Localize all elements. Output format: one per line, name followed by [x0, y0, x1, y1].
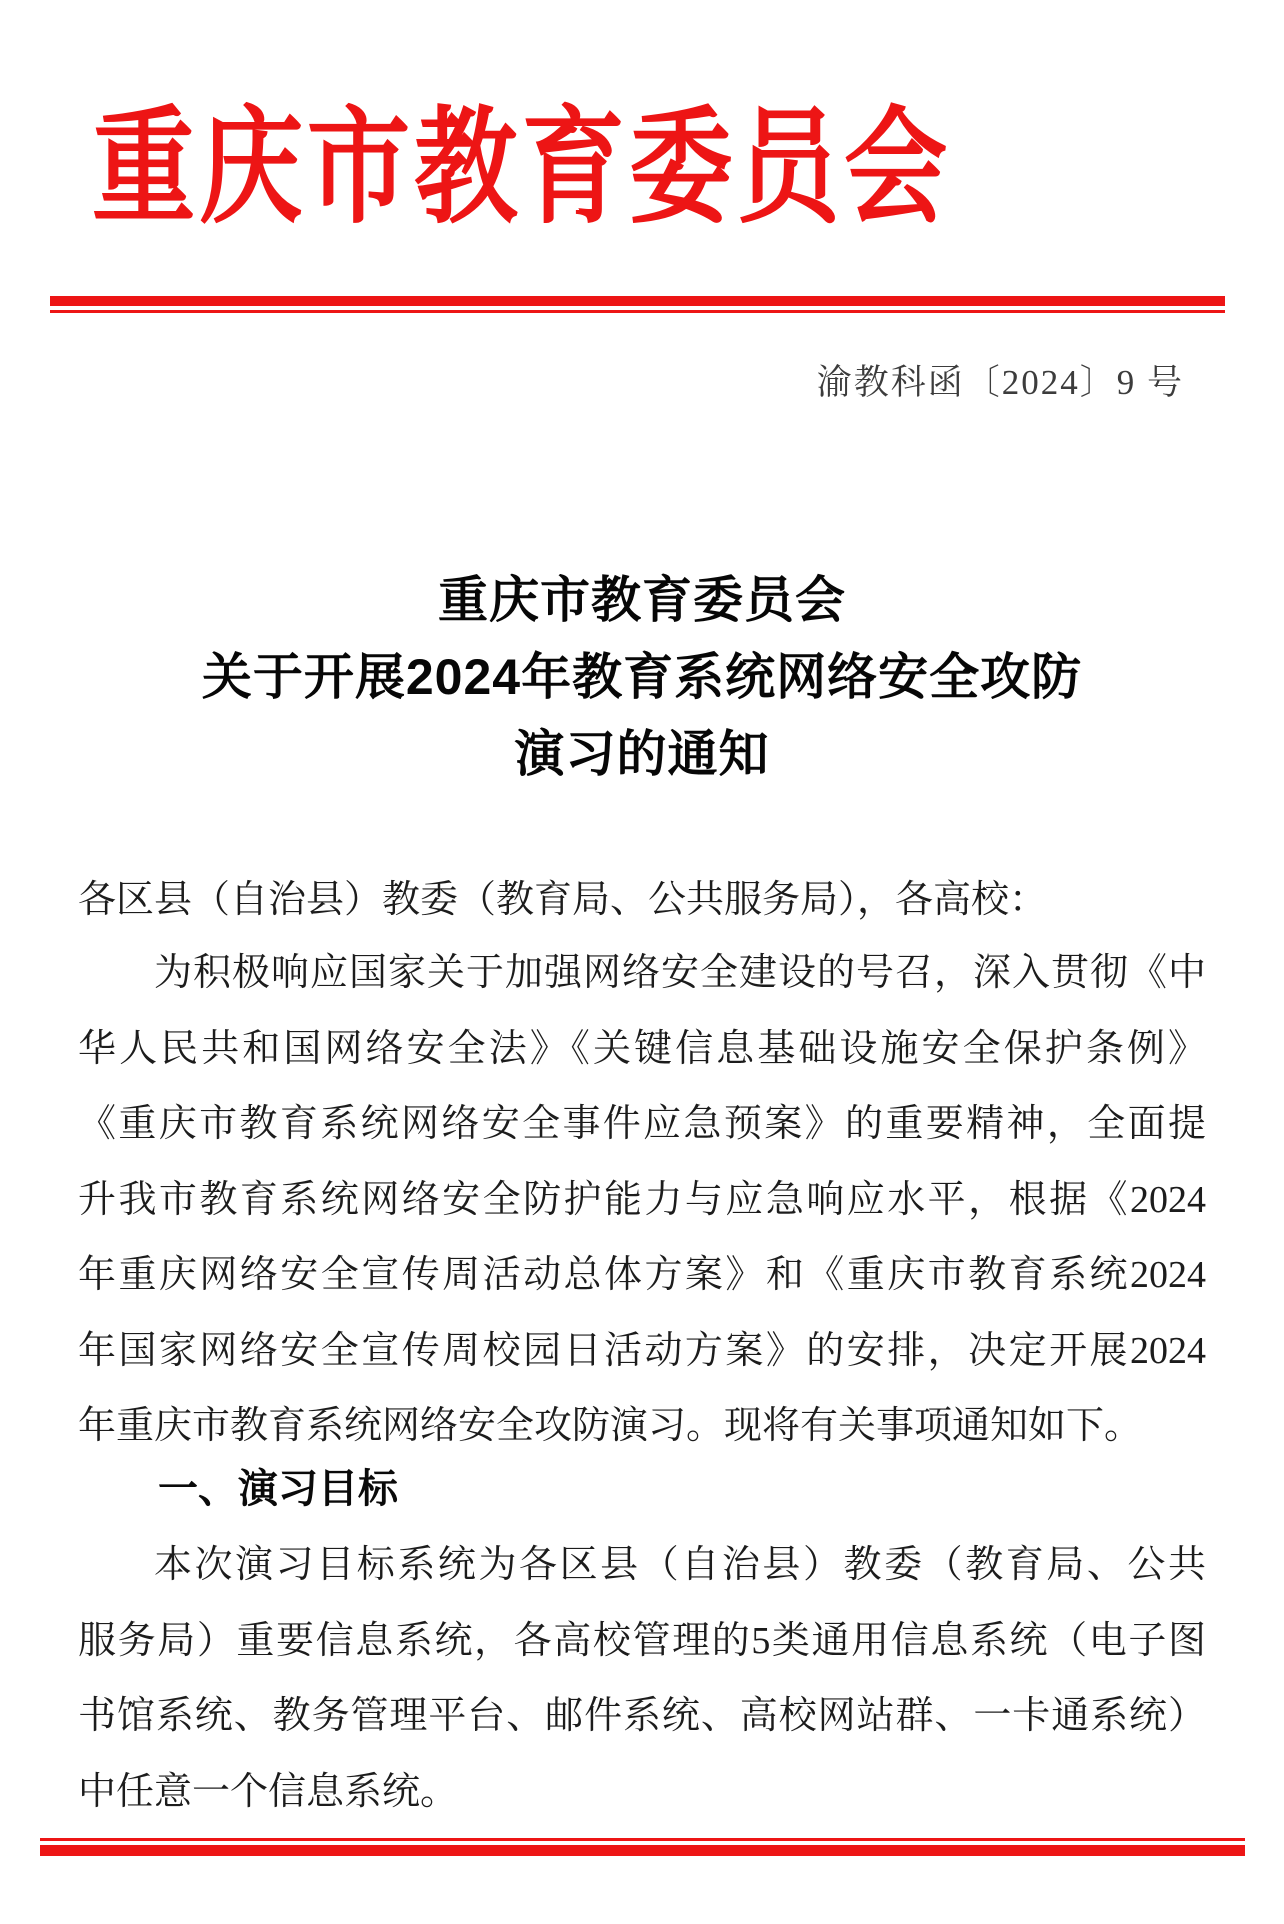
- document-title-line-1: 重庆市教育委员会: [0, 562, 1284, 639]
- body-text-line: 《重庆市教育系统网络安全事件应急预案》的重要精神，全面提: [78, 1087, 1206, 1163]
- body-text-line: 为积极响应国家关于加强网络安全建设的号召，深入贯彻《中: [78, 936, 1206, 1012]
- footer-rule-thin: [40, 1838, 1245, 1841]
- document-title-line-2: 关于开展2024年教育系统网络安全攻防: [0, 639, 1284, 716]
- body-text-line: 年国家网络安全宣传周校园日活动方案》的安排，决定开展2024: [78, 1314, 1206, 1390]
- document-title: 重庆市教育委员会 关于开展2024年教育系统网络安全攻防 演习的通知: [0, 562, 1284, 793]
- body-text-line: 服务局）重要信息系统，各高校管理的5类通用信息系统（电子图: [78, 1604, 1206, 1680]
- section-heading-1: 一、演习目标: [78, 1452, 1206, 1527]
- body-text-line: 本次演习目标系统为各区县（自治县）教委（教育局、公共: [78, 1528, 1206, 1604]
- body-paragraph-2: 本次演习目标系统为各区县（自治县）教委（教育局、公共服务局）重要信息系统，各高校…: [78, 1528, 1206, 1830]
- body-paragraph-1: 为积极响应国家关于加强网络安全建设的号召，深入贯彻《中华人民共和国网络安全法》《…: [78, 936, 1206, 1465]
- salutation-line: 各区县（自治县）教委（教育局、公共服务局），各高校：: [78, 870, 1208, 930]
- document-number: 渝教科函〔2024〕9 号: [817, 358, 1184, 408]
- official-document-page: 重庆市教育委员会 渝教科函〔2024〕9 号 重庆市教育委员会 关于开展2024…: [0, 0, 1284, 1924]
- body-text-line: 中任意一个信息系统。: [78, 1755, 1206, 1831]
- letterhead-rule-thin: [50, 310, 1225, 313]
- body-text-line: 书馆系统、教务管理平台、邮件系统、高校网站群、一卡通系统）: [78, 1679, 1206, 1755]
- body-text-line: 年重庆网络安全宣传周活动总体方案》和《重庆市教育系统2024: [78, 1238, 1206, 1314]
- body-text-line: 升我市教育系统网络安全防护能力与应急响应水平，根据《2024: [78, 1163, 1206, 1239]
- footer-rule-thick: [40, 1845, 1245, 1856]
- body-text-line: 华人民共和国网络安全法》《关键信息基础设施安全保护条例》: [78, 1012, 1206, 1088]
- document-title-line-3: 演习的通知: [0, 716, 1284, 793]
- letterhead-agency-title: 重庆市教育委员会: [92, 104, 951, 236]
- letterhead-rule-thick: [50, 296, 1225, 306]
